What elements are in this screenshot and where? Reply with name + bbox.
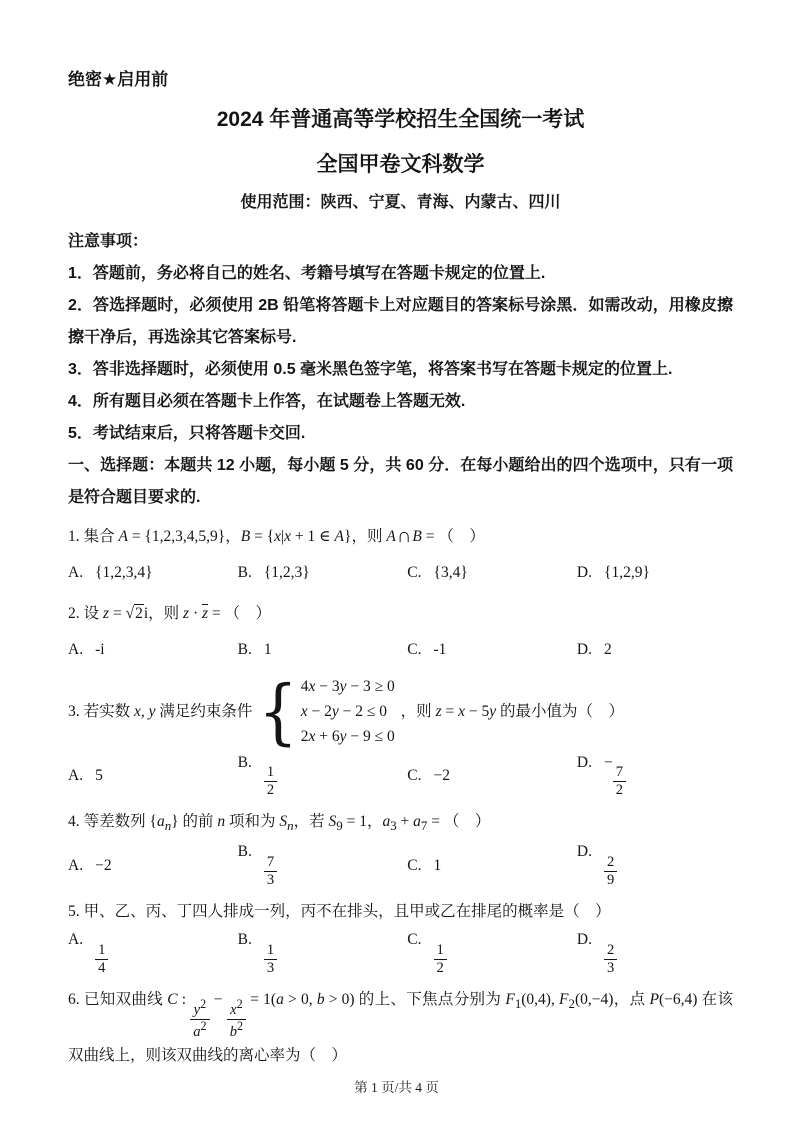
- option-label: B.: [238, 931, 252, 948]
- option-a: A.-i: [68, 641, 238, 659]
- question-item: 6.已知双曲线 C : y2a2 − x2b2 = 1(a > 0, b > 0…: [68, 984, 733, 1071]
- option-d: D.23: [577, 931, 733, 976]
- option-value: 2: [604, 641, 612, 658]
- option-d: D.−72: [577, 754, 733, 799]
- option-value: -i: [95, 641, 104, 658]
- question-item: 1.集合 A = {1,2,3,4,5,9}，B = {x|x + 1 ∈ A}…: [68, 521, 733, 590]
- option-value: 12: [264, 754, 277, 771]
- option-value: 29: [604, 843, 617, 860]
- question-number: 3.: [68, 703, 80, 720]
- question-stem: 6.已知双曲线 C : y2a2 − x2b2 = 1(a > 0, b > 0…: [68, 984, 733, 1071]
- option-value: −2: [95, 857, 112, 874]
- question-stem: 2.设 z = √2i，则 z · z = （ ）: [68, 598, 733, 629]
- option-label: D.: [577, 931, 592, 948]
- options-row: A.−2B.73C.1D.29: [68, 843, 733, 888]
- option-c: C.12: [407, 931, 577, 976]
- option-label: C.: [407, 931, 421, 948]
- notice-item-2: 2．答选择题时，必须使用 2B 铅笔将答题卡上对应题目的答案标号涂黑．如需改动，…: [68, 290, 733, 354]
- options-row: A.-iB.1C.-1D.2: [68, 633, 733, 667]
- option-label: D.: [577, 754, 592, 771]
- option-label: D.: [577, 843, 592, 860]
- option-b: B.12: [238, 754, 408, 799]
- option-value: -1: [434, 641, 447, 658]
- option-value: {3,4}: [434, 564, 468, 581]
- option-d: D.29: [577, 843, 733, 888]
- option-a: A.{1,2,3,4}: [68, 564, 238, 582]
- option-label: C.: [407, 564, 421, 581]
- option-label: A.: [68, 857, 83, 874]
- option-value: 1: [434, 857, 442, 874]
- question-stem: 4.等差数列 {an} 的前 n 项和为 Sn，若 S9 = 1，a3 + a7…: [68, 806, 733, 839]
- options-row: A.5B.12C.−2D.−72: [68, 754, 733, 799]
- option-label: A.: [68, 641, 83, 658]
- option-label: A.: [68, 767, 83, 784]
- option-value: 14: [95, 931, 108, 948]
- option-label: D.: [577, 564, 592, 581]
- option-value: 12: [434, 931, 447, 948]
- option-d: D.2: [577, 641, 733, 659]
- notice-item-1: 1．答题前，务必将自己的姓名、考籍号填写在答题卡规定的位置上.: [68, 258, 733, 290]
- question-number: 2.: [68, 605, 80, 622]
- question-number: 4.: [68, 813, 80, 830]
- exam-subtitle: 全国甲卷文科数学: [68, 151, 733, 178]
- option-c: C.−2: [407, 767, 577, 785]
- question-number: 1.: [68, 528, 80, 545]
- option-b: B.{1,2,3}: [238, 564, 408, 582]
- option-value: 5: [95, 767, 103, 784]
- question-number: 6.: [68, 991, 80, 1008]
- option-value: −2: [434, 767, 451, 784]
- option-c: C.-1: [407, 641, 577, 659]
- option-label: B.: [238, 564, 252, 581]
- notice-item-4: 4．所有题目必须在答题卡上作答，在试题卷上答题无效.: [68, 386, 733, 418]
- option-a: A.−2: [68, 857, 238, 875]
- option-a: A.14: [68, 931, 238, 976]
- option-c: C.{3,4}: [407, 564, 577, 582]
- options-row: A.14B.13C.12D.23: [68, 931, 733, 976]
- exam-scope: 使用范围：陕西、宁夏、青海、内蒙古、四川: [68, 193, 733, 214]
- option-value: {1,2,9}: [604, 564, 650, 581]
- section-heading: 一、选择题：本题共 12 小题，每小题 5 分，共 60 分．在每小题给出的四个…: [68, 450, 733, 514]
- exam-title: 2024 年普通高等学校招生全国统一考试: [68, 106, 733, 133]
- option-label: C.: [407, 857, 421, 874]
- notice-heading: 注意事项：: [68, 226, 733, 258]
- option-value: {1,2,3}: [264, 564, 310, 581]
- options-row: A.{1,2,3,4}B.{1,2,3}C.{3,4}D.{1,2,9}: [68, 556, 733, 590]
- notice-item-3: 3．答非选择题时，必须使用 0.5 毫米黑色签字笔，将答案书写在答题卡规定的位置…: [68, 354, 733, 386]
- page-number: 第 1 页/共 4 页: [0, 1076, 793, 1096]
- exam-page: 绝密★启用前 2024 年普通高等学校招生全国统一考试 全国甲卷文科数学 使用范…: [0, 0, 793, 1122]
- option-b: B.1: [238, 641, 408, 659]
- question-number: 5.: [68, 903, 80, 920]
- question-stem: 3.若实数 x, y 满足约束条件 {4x − 3y − 3 ≥ 0x − 2y…: [68, 675, 733, 750]
- option-b: B.13: [238, 931, 408, 976]
- option-value: 73: [264, 843, 277, 860]
- option-value: {1,2,3,4}: [95, 564, 153, 581]
- option-c: C.1: [407, 857, 577, 875]
- option-label: B.: [238, 754, 252, 771]
- question-stem: 5.甲、乙、丙、丁四人排成一列，丙不在排头，且甲或乙在排尾的概率是（ ）: [68, 896, 733, 927]
- option-d: D.{1,2,9}: [577, 564, 733, 582]
- option-label: C.: [407, 641, 421, 658]
- question-stem: 1.集合 A = {1,2,3,4,5,9}，B = {x|x + 1 ∈ A}…: [68, 521, 733, 552]
- classification-label: 绝密★启用前: [68, 70, 733, 90]
- option-label: B.: [238, 641, 252, 658]
- question-item: 4.等差数列 {an} 的前 n 项和为 Sn，若 S9 = 1，a3 + a7…: [68, 806, 733, 888]
- question-item: 5.甲、乙、丙、丁四人排成一列，丙不在排头，且甲或乙在排尾的概率是（ ）A.14…: [68, 896, 733, 976]
- questions-list: 1.集合 A = {1,2,3,4,5,9}，B = {x|x + 1 ∈ A}…: [68, 521, 733, 1071]
- option-value: 13: [264, 931, 277, 948]
- option-label: A.: [68, 564, 83, 581]
- option-value: 1: [264, 641, 272, 658]
- question-item: 3.若实数 x, y 满足约束条件 {4x − 3y − 3 ≥ 0x − 2y…: [68, 675, 733, 799]
- option-b: B.73: [238, 843, 408, 888]
- notice-item-5: 5．考试结束后，只将答题卡交回.: [68, 418, 733, 450]
- option-label: A.: [68, 931, 83, 948]
- option-label: D.: [577, 641, 592, 658]
- option-value: 23: [604, 931, 617, 948]
- option-label: B.: [238, 843, 252, 860]
- option-a: A.5: [68, 767, 238, 785]
- notice-section: 注意事项： 1．答题前，务必将自己的姓名、考籍号填写在答题卡规定的位置上. 2．…: [68, 226, 733, 450]
- question-item: 2.设 z = √2i，则 z · z = （ ）A.-iB.1C.-1D.2: [68, 598, 733, 667]
- option-label: C.: [407, 767, 421, 784]
- option-value: −72: [604, 754, 626, 771]
